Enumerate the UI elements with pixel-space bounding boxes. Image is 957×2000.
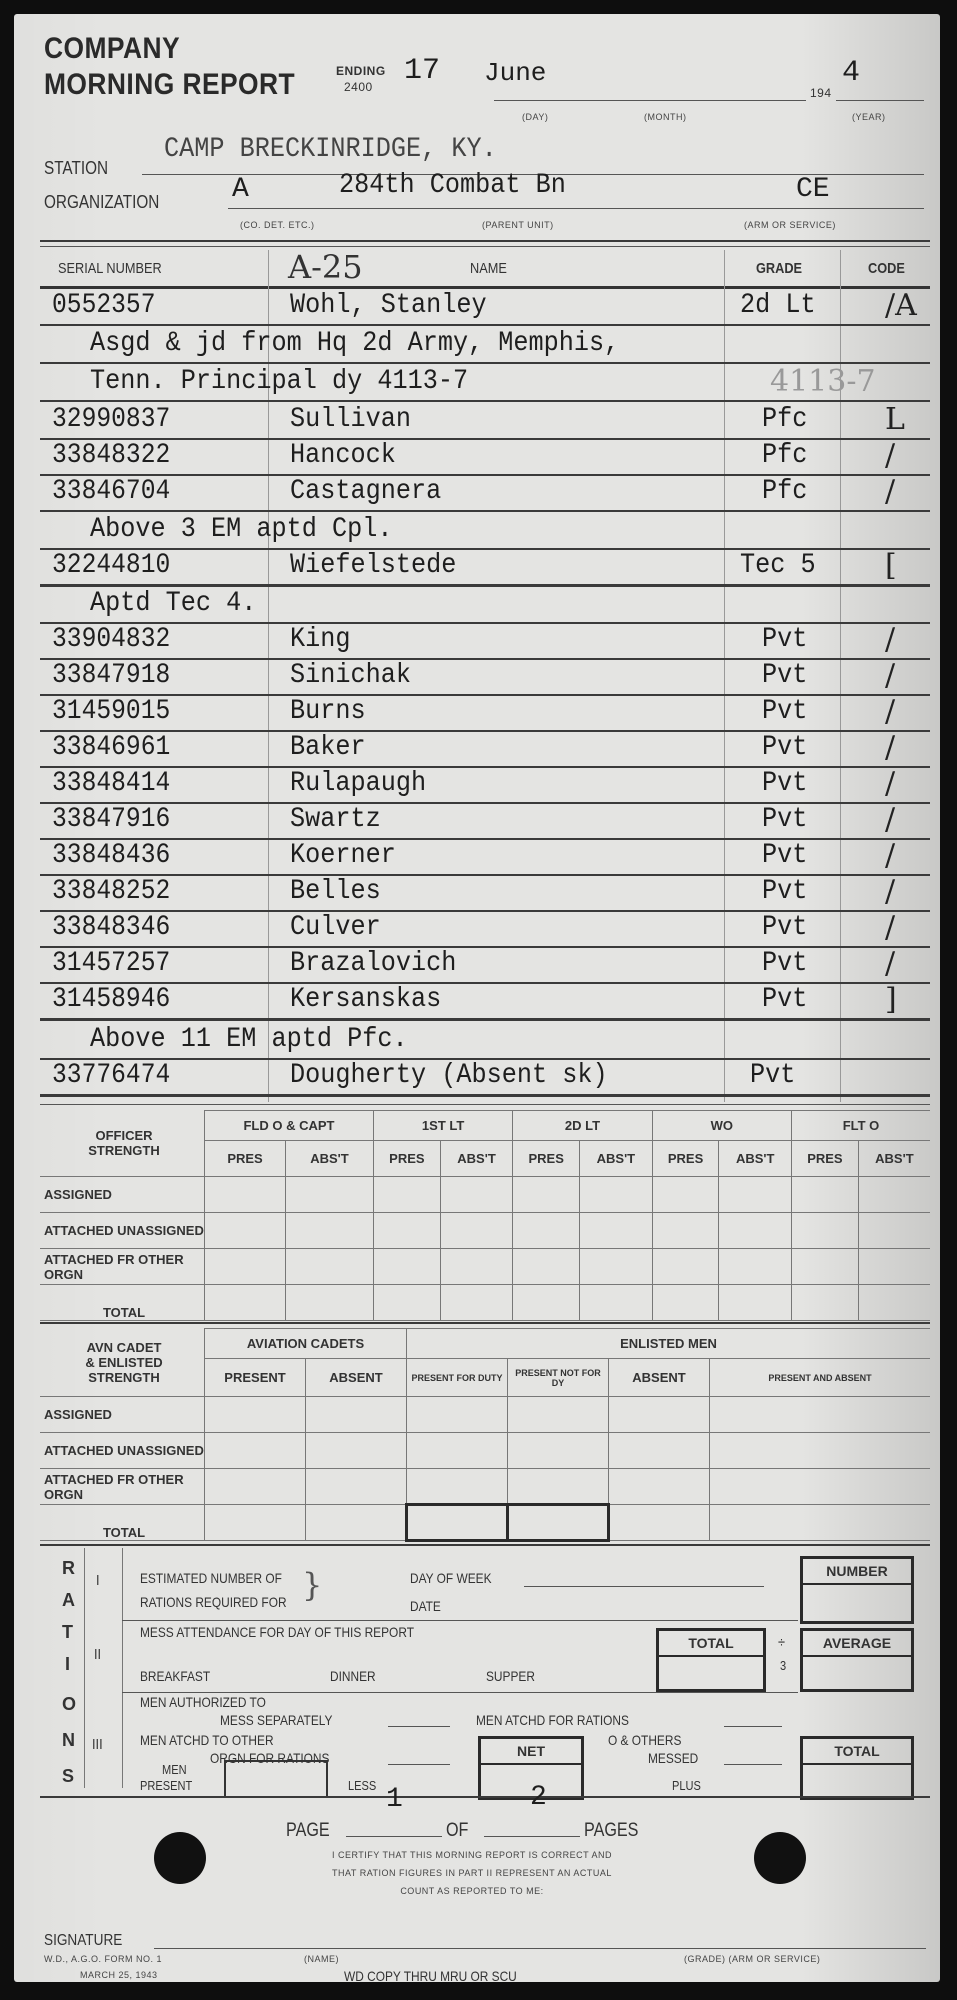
cell[interactable] <box>205 1249 286 1285</box>
number-box-label: NUMBER <box>803 1559 911 1585</box>
sub-abst: ABS'T <box>440 1141 513 1177</box>
serial-number: 0552357 <box>52 290 156 321</box>
part-i-text2: RATIONS REQUIRED FOR <box>140 1594 287 1610</box>
others-messed-field[interactable] <box>724 1764 782 1765</box>
grade-header: GRADE <box>756 260 802 277</box>
signature-line[interactable] <box>154 1948 926 1949</box>
cell[interactable] <box>513 1249 580 1285</box>
cell[interactable] <box>286 1177 374 1213</box>
binder-hole-right <box>754 1832 806 1884</box>
grade: Pfc <box>762 440 807 471</box>
men-authorized-2: MESS SEPARATELY <box>220 1712 332 1728</box>
serial-number: 31457257 <box>52 948 170 979</box>
header-divider-top <box>40 240 930 242</box>
rations-letter: O <box>62 1694 76 1715</box>
cell[interactable] <box>205 1397 306 1433</box>
brace: } <box>302 1566 322 1604</box>
sub-pres: PRES <box>791 1141 858 1177</box>
rations-divider-1 <box>84 1548 85 1788</box>
cell[interactable] <box>719 1249 792 1285</box>
col-present-and-absent: PRESENT AND ABSENT <box>710 1359 931 1397</box>
soldier-name: Belles <box>290 876 381 907</box>
roster-note[interactable]: Aptd Tec 4. <box>40 586 930 624</box>
row-attached-fr-other-orgn: ATTACHED FR OTHER ORGN <box>40 1249 205 1285</box>
org-parent-unit[interactable]: 284th Combat Bn <box>339 170 566 201</box>
total-present-not-for-dy-box[interactable] <box>508 1505 609 1541</box>
mess-attendance-label: MESS ATTENDANCE FOR DAY OF THIS REPORT <box>140 1624 414 1640</box>
officer-strength-table: OFFICER STRENGTH FLD O & CAPT 1ST LT 2D … <box>40 1110 930 1321</box>
report-month[interactable]: June <box>484 58 546 88</box>
margin-note: 4113-7 <box>770 364 876 399</box>
roster-row[interactable]: 33846961 Baker Pvt / <box>40 730 930 768</box>
cell[interactable] <box>719 1177 792 1213</box>
mess-total-box[interactable]: TOTAL <box>656 1628 766 1692</box>
cell[interactable] <box>858 1285 930 1321</box>
cell[interactable] <box>440 1249 513 1285</box>
cell[interactable] <box>652 1285 719 1321</box>
soldier-name: Hancock <box>290 440 396 471</box>
roster-row[interactable]: 33848322 Hancock Pfc / <box>40 438 930 476</box>
note-text: Asgd & jd from Hq 2d Army, Memphis, <box>90 328 619 359</box>
code-mark: / <box>885 622 895 657</box>
code-mark: /A <box>885 288 917 323</box>
men-present-1: MEN <box>162 1762 187 1777</box>
code-mark: / <box>885 730 895 765</box>
form-date: MARCH 25, 1943 <box>80 1970 158 1980</box>
rations-bottom-rule <box>40 1796 930 1798</box>
certify-line-3: COUNT AS REPORTED TO ME: <box>262 1886 682 1896</box>
enlisted-strength-title-1: AVN CADET <box>44 1340 204 1355</box>
cell[interactable] <box>440 1177 513 1213</box>
cell[interactable] <box>791 1213 858 1249</box>
cell[interactable] <box>373 1249 440 1285</box>
code-mark: / <box>885 874 895 909</box>
cell[interactable] <box>719 1213 792 1249</box>
men-present-box[interactable] <box>224 1760 328 1796</box>
divisor: 3 <box>780 1658 786 1673</box>
soldier-name: Rulapaugh <box>290 768 426 799</box>
ending-label: ENDING <box>336 64 386 78</box>
cell[interactable] <box>440 1213 513 1249</box>
form-title-line1: COMPANY <box>44 32 180 66</box>
code-mark: / <box>885 910 895 945</box>
dinner-label: DINNER <box>330 1668 376 1684</box>
serial-number: 33847918 <box>52 660 170 691</box>
total-pages-field <box>484 1836 580 1837</box>
net-box-label: NET <box>481 1739 581 1765</box>
roster-row[interactable]: 33848346 Culver Pvt / <box>40 910 930 948</box>
soldier-name: Wiefelstede <box>290 550 456 581</box>
men-present-2: PRESENT <box>140 1778 192 1793</box>
col-absent-em: ABSENT <box>609 1359 710 1397</box>
men-authorized-1: MEN AUTHORIZED TO <box>140 1694 266 1710</box>
cell[interactable] <box>286 1249 374 1285</box>
month-caption: (MONTH) <box>644 112 687 122</box>
col-absent: ABSENT <box>306 1359 407 1397</box>
cell[interactable] <box>580 1285 653 1321</box>
cell[interactable] <box>609 1397 710 1433</box>
enlisted-strength-bottom-rule <box>40 1544 930 1546</box>
roster-header: SERIAL NUMBER A-25 NAME GRADE CODE <box>40 250 930 289</box>
code-header: CODE <box>868 260 905 277</box>
cell[interactable] <box>513 1285 580 1321</box>
cell[interactable] <box>306 1505 407 1541</box>
grade: Tec 5 <box>740 550 816 581</box>
morning-report-form: COMPANY MORNING REPORT ENDING 2400 17 Ju… <box>14 14 940 1982</box>
group-1st-lt: 1ST LT <box>373 1111 512 1141</box>
plus-label: PLUS <box>672 1778 701 1793</box>
serial-number: 32990837 <box>52 404 170 435</box>
code-mark: ] <box>885 982 897 1017</box>
group-wo: WO <box>652 1111 791 1141</box>
cell[interactable] <box>205 1433 306 1469</box>
cell[interactable] <box>513 1177 580 1213</box>
roster-note[interactable]: Tenn. Principal dy 4113-7 4113-7 <box>40 364 930 402</box>
soldier-name: Baker <box>290 732 366 763</box>
routing-note: WD COPY THRU MRU OR SCU <box>344 1968 517 1984</box>
row-attached-fr-other-orgn: ATTACHED FR OTHER ORGN <box>40 1469 205 1505</box>
co-det-caption: (CO. DET. ETC.) <box>240 220 315 230</box>
cell[interactable] <box>609 1433 710 1469</box>
cell[interactable] <box>407 1433 508 1469</box>
enlisted-strength-title-3: STRENGTH <box>44 1370 204 1385</box>
group-fld-o-capt: FLD O & CAPT <box>205 1111 374 1141</box>
soldier-name: Wohl, Stanley <box>290 290 487 321</box>
certify-line-2: THAT RATION FIGURES IN PART II REPRESENT… <box>262 1868 682 1878</box>
code-mark: / <box>885 802 895 837</box>
cell[interactable] <box>205 1177 286 1213</box>
serial-number: 33776474 <box>52 1060 170 1091</box>
soldier-name: Burns <box>290 696 366 727</box>
part-iii-numeral: III <box>92 1736 103 1753</box>
header-divider-bottom <box>40 246 930 247</box>
pages-label: PAGES <box>584 1820 638 1842</box>
sub-pres: PRES <box>513 1141 580 1177</box>
roster-row[interactable]: 31459015 Burns Pvt / <box>40 694 930 732</box>
cell[interactable] <box>508 1397 609 1433</box>
roster-row[interactable]: 33847916 Swartz Pvt / <box>40 802 930 840</box>
cell[interactable] <box>205 1285 286 1321</box>
page-number[interactable]: 1 <box>386 1784 403 1815</box>
cell[interactable] <box>205 1213 286 1249</box>
men-atchd-rations-label: MEN ATCHD FOR RATIONS <box>476 1712 629 1728</box>
part-ii-numeral: II <box>94 1646 101 1663</box>
day-of-week-label: DAY OF WEEK <box>410 1570 492 1586</box>
parent-unit-caption: (PARENT UNIT) <box>482 220 554 230</box>
row-total: TOTAL <box>40 1285 205 1321</box>
name-caption: (NAME) <box>304 1954 339 1964</box>
cell[interactable] <box>580 1249 653 1285</box>
roster-row[interactable]: 31457257 Brazalovich Pvt / <box>40 946 930 984</box>
col-present: PRESENT <box>205 1359 306 1397</box>
binder-hole-left <box>154 1832 206 1884</box>
cell[interactable] <box>858 1213 930 1249</box>
cell[interactable] <box>508 1469 609 1505</box>
code-mark: / <box>885 474 895 509</box>
org-company[interactable]: A <box>232 174 249 205</box>
cell[interactable] <box>719 1285 792 1321</box>
organization-underline <box>228 208 924 209</box>
date-label: DATE <box>410 1598 441 1614</box>
grade: Pvt <box>762 732 807 763</box>
cell[interactable] <box>791 1249 858 1285</box>
soldier-name: Culver <box>290 912 381 943</box>
enlisted-strength-title: AVN CADET & ENLISTED STRENGTH <box>40 1329 205 1397</box>
row-attached-unassigned: ATTACHED UNASSIGNED <box>40 1433 205 1469</box>
mess-total-label: TOTAL <box>659 1631 763 1657</box>
cell[interactable] <box>652 1177 719 1213</box>
report-day[interactable]: 17 <box>404 54 440 88</box>
serial-number-header: SERIAL NUMBER <box>58 260 162 277</box>
roster-row[interactable]: 33904832 King Pvt / <box>40 622 930 660</box>
sub-abst: ABS'T <box>719 1141 792 1177</box>
grade-arm-caption: (GRADE) (ARM OR SERVICE) <box>684 1954 820 1964</box>
officer-strength-title-2: STRENGTH <box>44 1143 204 1158</box>
grade: Pvt <box>762 984 807 1015</box>
col-present-for-duty: PRESENT FOR DUTY <box>407 1359 508 1397</box>
year-caption: (YEAR) <box>852 112 886 122</box>
cell[interactable] <box>580 1213 653 1249</box>
code-mark: / <box>885 838 895 873</box>
form-title-line2: MORNING REPORT <box>44 68 295 102</box>
cell[interactable] <box>609 1469 710 1505</box>
rations-letter: I <box>65 1654 70 1675</box>
soldier-name: Koerner <box>290 840 396 871</box>
cell[interactable] <box>710 1433 931 1469</box>
serial-number: 33847916 <box>52 804 170 835</box>
cell[interactable] <box>286 1213 374 1249</box>
cell[interactable] <box>791 1177 858 1213</box>
page-number-field <box>346 1836 442 1837</box>
cell[interactable] <box>407 1397 508 1433</box>
rations-letter: R <box>62 1558 75 1579</box>
serial-number: 33848252 <box>52 876 170 907</box>
roster-row[interactable]: 32244810 Wiefelstede Tec 5 [ <box>40 548 930 587</box>
cell[interactable] <box>508 1433 609 1469</box>
mess-separately-field[interactable] <box>388 1726 450 1727</box>
cell[interactable] <box>858 1177 930 1213</box>
soldier-name: Sinichak <box>290 660 411 691</box>
page-label: PAGE <box>286 1820 330 1842</box>
cell[interactable] <box>513 1213 580 1249</box>
name-header: NAME <box>470 260 507 277</box>
arm-service-caption: (ARM OR SERVICE) <box>744 220 836 230</box>
enlisted-strength-table: AVN CADET & ENLISTED STRENGTH AVIATION C… <box>40 1328 930 1542</box>
code-mark: / <box>885 658 895 693</box>
station-label: STATION <box>44 158 108 179</box>
rations-total-label: TOTAL <box>803 1739 911 1765</box>
code-mark: / <box>885 438 895 473</box>
roster-row[interactable]: 33848252 Belles Pvt / <box>40 874 930 912</box>
enlisted-strength-title-2: & ENLISTED <box>44 1355 204 1370</box>
cell[interactable] <box>440 1285 513 1321</box>
atchd-other-field[interactable] <box>388 1764 450 1765</box>
serial-number: 33846704 <box>52 476 170 507</box>
soldier-name: Sullivan <box>290 404 411 435</box>
cell[interactable] <box>306 1469 407 1505</box>
grade: Pvt <box>762 876 807 907</box>
group-flt-o: FLT O <box>791 1111 930 1141</box>
number-box[interactable]: NUMBER <box>800 1556 914 1624</box>
grade: Pfc <box>762 404 807 435</box>
soldier-name: Castagnera <box>290 476 441 507</box>
cell[interactable] <box>710 1397 931 1433</box>
cell[interactable] <box>205 1505 306 1541</box>
grade: Pvt <box>762 804 807 835</box>
roster-note[interactable]: Above 11 EM aptd Pfc. <box>40 1022 930 1060</box>
sub-abst: ABS'T <box>580 1141 653 1177</box>
cell[interactable] <box>205 1469 306 1505</box>
average-box[interactable]: AVERAGE <box>800 1628 914 1692</box>
grade: Pvt <box>762 840 807 871</box>
col-present-not-for-dy: PRESENT NOT FOR DY <box>508 1359 609 1397</box>
rations-letter: S <box>62 1766 74 1787</box>
grade: Pvt <box>762 948 807 979</box>
sub-pres: PRES <box>373 1141 440 1177</box>
sub-pres: PRES <box>652 1141 719 1177</box>
cell[interactable] <box>652 1213 719 1249</box>
serial-number: 31458946 <box>52 984 170 1015</box>
code-mark: / <box>885 946 895 981</box>
roster-note[interactable]: Above 3 EM aptd Cpl. <box>40 512 930 550</box>
total-present-for-duty-box[interactable] <box>407 1505 508 1541</box>
day-caption: (DAY) <box>522 112 548 122</box>
rations-divider-2 <box>122 1548 123 1788</box>
handwritten-ref: A-25 <box>288 248 363 286</box>
of-label: OF <box>446 1820 468 1842</box>
report-year-digit[interactable]: 4 <box>842 56 860 90</box>
code-mark: / <box>885 694 895 729</box>
cell[interactable] <box>286 1285 374 1321</box>
certify-line-1: I CERTIFY THAT THIS MORNING REPORT IS CO… <box>262 1850 682 1860</box>
rations-letter: A <box>62 1590 75 1611</box>
officer-strength-bottom-rule <box>40 1322 930 1324</box>
roster-row[interactable]: 0552357 Wohl, Stanley 2d Lt /A <box>40 288 930 326</box>
part-i-text1: ESTIMATED NUMBER OF <box>140 1570 282 1586</box>
soldier-name: Dougherty (Absent sk) <box>290 1060 608 1091</box>
serial-number: 33904832 <box>52 624 170 655</box>
org-arm-service[interactable]: CE <box>796 174 830 205</box>
sub-pres: PRES <box>205 1141 286 1177</box>
average-box-label: AVERAGE <box>803 1631 911 1657</box>
year-underline <box>836 100 924 101</box>
soldier-name: Brazalovich <box>290 948 456 979</box>
officer-strength-title-1: OFFICER <box>44 1128 204 1143</box>
officer-strength-title: OFFICER STRENGTH <box>40 1111 205 1177</box>
cell[interactable] <box>858 1249 930 1285</box>
rations-letter: T <box>62 1622 73 1643</box>
grade: Pvt <box>762 912 807 943</box>
roster-row[interactable]: 33848436 Koerner Pvt / <box>40 838 930 876</box>
group-enlisted-men: ENLISTED MEN <box>407 1329 931 1359</box>
cell[interactable] <box>710 1469 931 1505</box>
note-text: Above 3 EM aptd Cpl. <box>90 514 392 545</box>
part-ii-rule <box>122 1692 798 1693</box>
code-mark: / <box>885 766 895 801</box>
roster-note[interactable]: Asgd & jd from Hq 2d Army, Memphis, <box>40 326 930 364</box>
grade: 2d Lt <box>740 290 816 321</box>
soldier-name: Kersanskas <box>290 984 441 1015</box>
roster-row[interactable]: 33847918 Sinichak Pvt / <box>40 658 930 696</box>
note-text: Above 11 EM aptd Pfc. <box>90 1024 408 1055</box>
supper-label: SUPPER <box>486 1668 535 1684</box>
men-atchd-other-1: MEN ATCHD TO OTHER <box>140 1732 274 1748</box>
roster-row[interactable]: 33846704 Castagnera Pfc / <box>40 474 930 512</box>
grade: Pfc <box>762 476 807 507</box>
group-aviation-cadets: AVIATION CADETS <box>205 1329 407 1359</box>
serial-number: 33848346 <box>52 912 170 943</box>
organization-label: ORGANIZATION <box>44 192 159 213</box>
row-attached-unassigned: ATTACHED UNASSIGNED <box>40 1213 205 1249</box>
soldier-name: King <box>290 624 350 655</box>
cell[interactable] <box>306 1433 407 1469</box>
cell[interactable] <box>373 1285 440 1321</box>
sub-abst: ABS'T <box>858 1141 930 1177</box>
rations-total-box[interactable]: TOTAL <box>800 1736 914 1800</box>
signature-label: SIGNATURE <box>44 1932 122 1950</box>
note-text: Tenn. Principal dy 4113-7 <box>90 366 468 397</box>
divide-sign: ÷ <box>778 1634 785 1651</box>
serial-number: 33846961 <box>52 732 170 763</box>
cell[interactable] <box>373 1177 440 1213</box>
cell[interactable] <box>652 1249 719 1285</box>
serial-number: 33848322 <box>52 440 170 471</box>
station-value[interactable]: CAMP BRECKINRIDGE, KY. <box>164 134 497 165</box>
rations-letter: N <box>62 1730 75 1751</box>
cell[interactable] <box>609 1505 710 1541</box>
form-number: W.D., A.G.O. FORM NO. 1 <box>44 1954 162 1964</box>
less-label: LESS <box>348 1778 376 1793</box>
part-i-numeral: I <box>96 1572 100 1589</box>
others-messed-2: MESSED <box>648 1750 698 1766</box>
cell[interactable] <box>306 1397 407 1433</box>
roster-row[interactable]: 33848414 Rulapaugh Pvt / <box>40 766 930 804</box>
breakfast-label: BREAKFAST <box>140 1668 210 1684</box>
serial-number: 32244810 <box>52 550 170 581</box>
sub-abst: ABS'T <box>286 1141 374 1177</box>
row-assigned: ASSIGNED <box>40 1177 205 1213</box>
cell[interactable] <box>710 1505 931 1541</box>
roster-row[interactable]: 33776474 Dougherty (Absent sk) Pvt <box>40 1058 930 1097</box>
code-mark: [ <box>885 548 897 583</box>
grade: Pvt <box>762 768 807 799</box>
group-2d-lt: 2D LT <box>513 1111 652 1141</box>
roster-row[interactable]: 32990837 Sullivan Pfc L <box>40 402 930 440</box>
soldier-name: Swartz <box>290 804 381 835</box>
cell[interactable] <box>791 1285 858 1321</box>
day-of-week-field[interactable] <box>524 1586 764 1587</box>
row-assigned: ASSIGNED <box>40 1397 205 1433</box>
grade: Pvt <box>762 696 807 727</box>
cell[interactable] <box>580 1177 653 1213</box>
grade: Pvt <box>762 660 807 691</box>
row-total: TOTAL <box>40 1505 205 1541</box>
cell[interactable] <box>407 1469 508 1505</box>
part-i-rule <box>122 1620 798 1621</box>
grade: Pvt <box>750 1060 795 1091</box>
roster-row[interactable]: 31458946 Kersanskas Pvt ] <box>40 982 930 1021</box>
serial-number: 33848414 <box>52 768 170 799</box>
ending-time: 2400 <box>344 80 373 94</box>
date-underline <box>494 100 806 101</box>
cell[interactable] <box>373 1213 440 1249</box>
men-atchd-rations-field[interactable] <box>724 1726 782 1727</box>
total-pages[interactable]: 2 <box>530 1782 547 1813</box>
note-text: Aptd Tec 4. <box>90 588 256 619</box>
others-messed-1: O & OTHERS <box>608 1732 681 1748</box>
roster-bottom-rule <box>40 1104 930 1105</box>
serial-number: 31459015 <box>52 696 170 727</box>
